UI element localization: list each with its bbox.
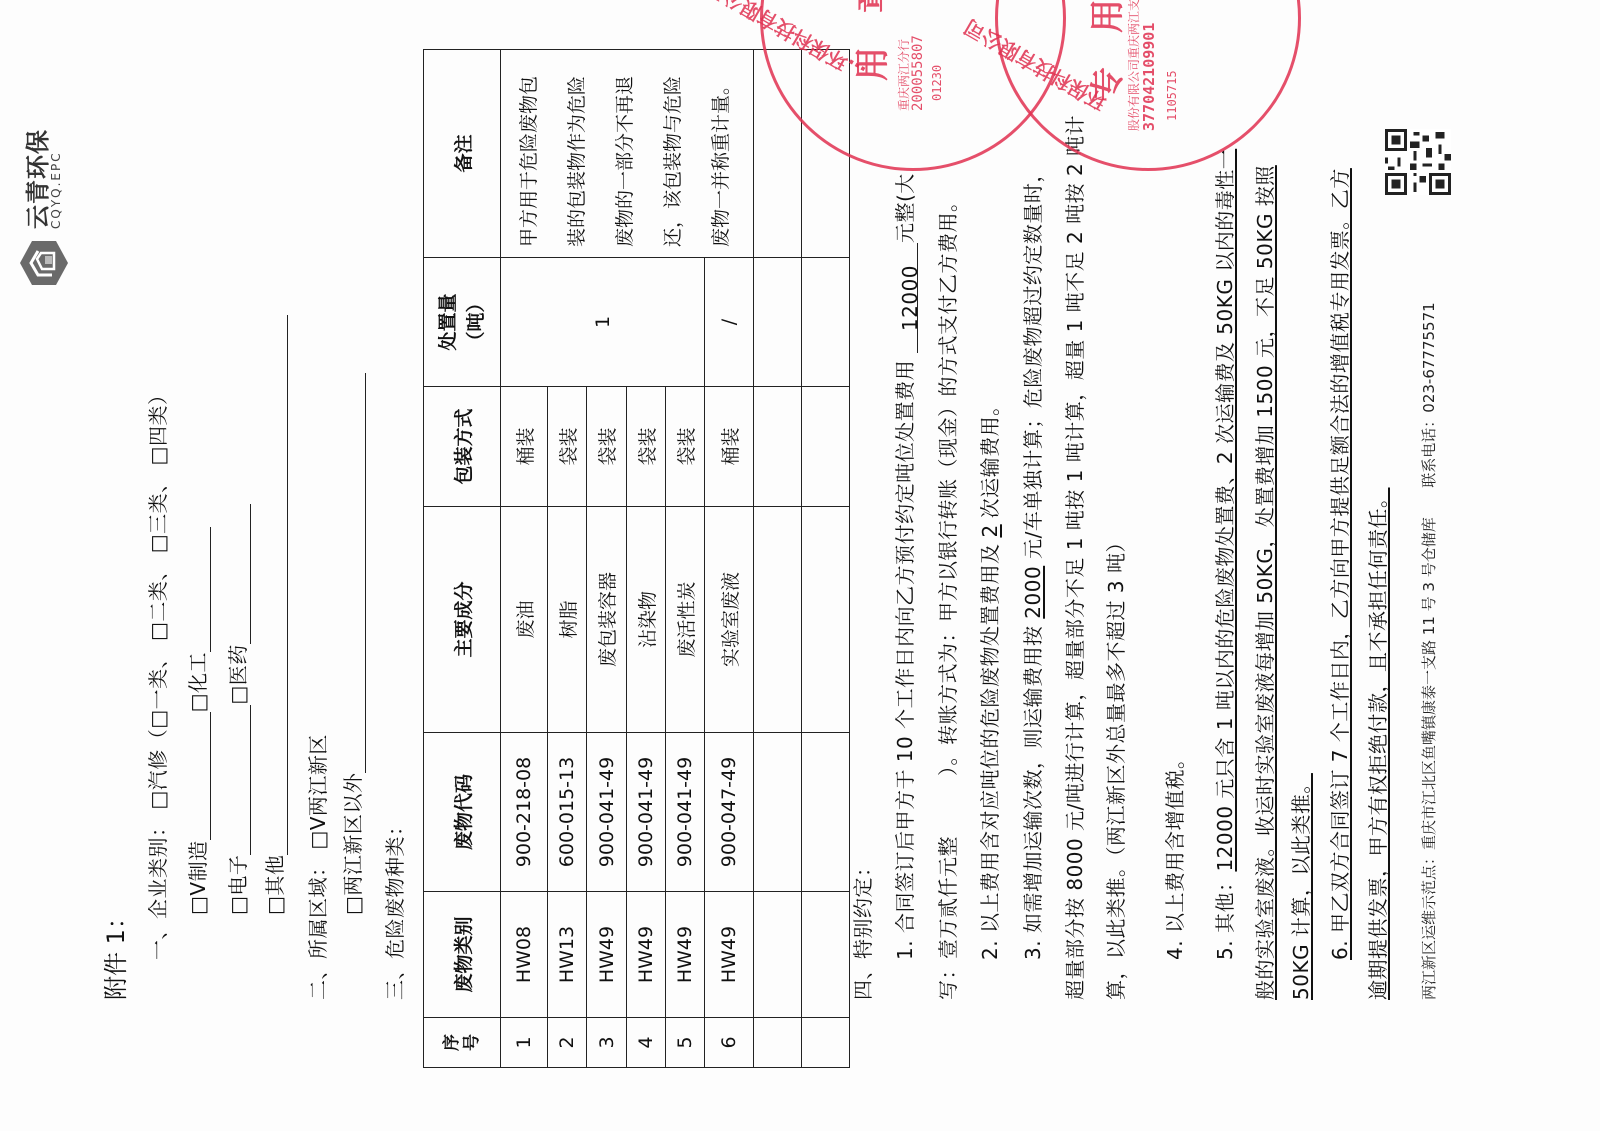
- section2-line-2: □两江新区以外: [340, 373, 366, 915]
- clause-1-text: 1. 合同签订后甲方于 10 个工作日内向乙方预付约定吨位处置费用: [893, 360, 917, 960]
- table-row-empty: [802, 50, 850, 1068]
- header-remark: 备注: [424, 50, 501, 258]
- blank-line[interactable]: [230, 504, 251, 644]
- industry-row-3: □其他: [262, 315, 288, 915]
- cell-empty: [754, 258, 802, 387]
- option-auto-repair[interactable]: □汽修（□一类、: [146, 648, 170, 810]
- header-quantity: 处置量（吨）: [424, 258, 501, 387]
- cell-empty: [754, 733, 802, 892]
- cell-empty: [754, 387, 802, 507]
- blank-line[interactable]: [190, 527, 211, 652]
- table-header-row: 序号 废物类别 废物代码 主要成分 包装方式 处置量（吨） 备注: [424, 50, 501, 1068]
- clause-5-label: 5. 其他：: [1213, 872, 1237, 960]
- qr-code-icon: [1385, 129, 1451, 195]
- cell-empty: [802, 507, 850, 733]
- table-row-empty: [754, 50, 802, 1068]
- blank-line[interactable]: [190, 712, 211, 840]
- cell-no: 2: [548, 1018, 587, 1068]
- clause-2-text-b: 次运输费用。: [978, 395, 1002, 518]
- section2-label: 二、所属区域：: [306, 857, 330, 1001]
- clause-6-line-1: 6. 甲乙双方合同签订 7 个工作日内，乙方向甲方提供足额合法的增值税专用发票。…: [1327, 168, 1353, 960]
- section1-line: 一、企业类别： □汽修（□一类、 □二类、 □三类、 □四类）: [145, 385, 171, 960]
- prepay-amount-value: 12000: [898, 265, 922, 331]
- cell-empty: [802, 258, 850, 387]
- clause-3-line-1: 3. 如需增加运输次数，则运输费用按 2000 元/车单独计算；危险废物超过约定…: [1020, 162, 1046, 960]
- option-other[interactable]: □其他: [263, 855, 287, 915]
- cell-code: 900-041-49: [627, 733, 666, 892]
- industry-row-1: □V制造□化工: [185, 527, 211, 915]
- header-category: 废物类别: [424, 892, 501, 1018]
- cell-packing: 袋装: [627, 387, 666, 507]
- clause-4: 4. 以上费用含增值税。: [1162, 749, 1188, 960]
- option-class-4[interactable]: □四类）: [146, 385, 170, 466]
- seal-center-text: 用 章: [845, 0, 894, 81]
- clause-1-line-1: 1. 合同签订后甲方于 10 个工作日内向乙方预付约定吨位处置费用 12000元…: [892, 173, 918, 960]
- section4-label: 四、特别约定：: [850, 857, 876, 1001]
- clause-2: 2. 以上费用含对应吨位的危险废物处置费用及2次运输费用。: [977, 395, 1003, 960]
- cell-no: 1: [501, 1018, 548, 1068]
- cell-empty: [802, 1018, 850, 1068]
- seal-code: 200055807: [910, 35, 926, 111]
- cell-empty: [802, 733, 850, 892]
- clause-5-line-2: 般的实验室废液。收运时实验室废液每增加 50KG，处置费增加 1500 元，不足…: [1252, 165, 1278, 1000]
- header-packing: 包装方式: [424, 387, 501, 507]
- seal2-code: 377042109901: [1140, 23, 1158, 131]
- option-electronics[interactable]: □电子: [226, 855, 250, 915]
- hexagon-logo-icon: [18, 237, 70, 289]
- section2-line: 二、所属区域： □V两江新区: [305, 734, 331, 1000]
- footer: 两江新区运维示范点：重庆市江北区鱼嘴镇康泰一支路 11 号 3 号仓储库 联系电…: [1418, 302, 1439, 1000]
- extra-transport-fee: 2000: [1021, 566, 1045, 619]
- amount-in-words: 壹万贰仟元整: [936, 836, 960, 959]
- cell-component: 沾染物: [627, 507, 666, 733]
- cell-code: 900-218-08: [501, 733, 548, 892]
- cell-no: 5: [666, 1018, 705, 1068]
- clause-2-text: 2. 以上费用含对应吨位的危险废物处置费用及: [978, 544, 1002, 960]
- cell-empty: [802, 387, 850, 507]
- cell-code: 900-041-49: [587, 733, 627, 892]
- cell-packing: 袋装: [666, 387, 705, 507]
- clause-3-line-3: 算，以此类推。（两江新区外总量最多不超过 3 吨）: [1103, 532, 1129, 1000]
- logo-english-text: CQYQ.EPC: [50, 129, 62, 229]
- transport-times: 2: [978, 518, 1002, 543]
- cell-component: 树脂: [548, 507, 587, 733]
- clause-5-line-3: 50KG 计算，以此类推。: [1288, 773, 1314, 1000]
- blank-line[interactable]: [230, 705, 251, 855]
- option-liangjiang[interactable]: □V两江新区: [306, 734, 330, 850]
- option-class-3[interactable]: □三类、: [146, 472, 170, 553]
- cell-no: 6: [705, 1018, 754, 1068]
- prepay-amount: 12000: [897, 243, 918, 353]
- seal2-serial: 1105715: [1165, 70, 1179, 121]
- option-outside-liangjiang[interactable]: □两江新区以外: [341, 773, 365, 915]
- cell-quantity-merged: 1: [501, 258, 705, 387]
- clause-6-line-2: 逾期提供发票，甲方有权拒绝付款，且不承担任何责任。: [1365, 488, 1391, 1001]
- cell-empty: [754, 892, 802, 1018]
- cell-no: 3: [587, 1018, 627, 1068]
- clause-3-line-2: 超量部分按 8000 元/吨进行计算，超量部分不足 1 吨按 1 吨计算，超量 …: [1062, 115, 1088, 1000]
- cell-code: 600-015-13: [548, 733, 587, 892]
- logo-chinese-text: 云青环保: [26, 129, 50, 229]
- section1-label: 一、企业类别：: [146, 817, 170, 961]
- document-page: 云青环保 CQYQ.EPC 附件 1： 一、企业类别： □汽修（□一类、 □二类…: [0, 0, 1600, 1131]
- clause-1-text-c1: 写：: [936, 959, 960, 1000]
- cell-category: HW49: [666, 892, 705, 1018]
- header-component: 主要成分: [424, 507, 501, 733]
- option-pharma[interactable]: □医药: [226, 644, 250, 704]
- footer-phone-label: 联系电话：: [1420, 413, 1438, 488]
- cell-packing: 袋装: [548, 387, 587, 507]
- cell-category: HW49: [627, 892, 666, 1018]
- cell-code: 900-041-49: [666, 733, 705, 892]
- blank-line[interactable]: [345, 373, 366, 773]
- footer-phone: 023-67775571: [1420, 302, 1438, 412]
- attachment-title: 附件 1：: [96, 905, 131, 1000]
- cell-component: 实验室废液: [705, 507, 754, 733]
- cell-category: HW08: [501, 892, 548, 1018]
- option-manufacturing[interactable]: □V制造: [186, 840, 210, 915]
- header-no: 序号: [424, 1018, 501, 1068]
- clause-5-line-1: 5. 其他：12000 元只含 1 吨以内的危险废物处置费、2 次运输费及 50…: [1212, 149, 1238, 960]
- clause-1-text-b: 元整(大: [893, 173, 917, 243]
- cell-empty: [754, 507, 802, 733]
- seal2-center-text: 专 用: [1080, 0, 1129, 101]
- hazardous-waste-table: 序号 废物类别 废物代码 主要成分 包装方式 处置量（吨） 备注 1 HW08 …: [423, 49, 850, 1068]
- option-chemical[interactable]: □化工: [186, 652, 210, 712]
- cell-packing: 袋装: [587, 387, 627, 507]
- cell-category: HW49: [587, 892, 627, 1018]
- cell-component: 废活性炭: [666, 507, 705, 733]
- footer-address: 两江新区运维示范点：重庆市江北区鱼嘴镇康泰一支路 11 号 3 号仓储库: [1420, 517, 1438, 1000]
- cell-component: 废包装容器: [587, 507, 627, 733]
- cell-no: 4: [627, 1018, 666, 1068]
- clause-1-line-2: 写：壹万贰仟元整）。转账方式为：甲方以银行转账（现金）的方式支付乙方费用。: [935, 192, 961, 1001]
- cell-component: 废油: [501, 507, 548, 733]
- section3-label: 三、危险废物种类：: [382, 816, 408, 1001]
- cell-empty: [802, 892, 850, 1018]
- clause-3-text: 3. 如需增加运输次数，则运输费用按: [1021, 626, 1045, 960]
- option-class-2[interactable]: □二类、: [146, 560, 170, 641]
- cell-category: HW49: [705, 892, 754, 1018]
- clause-5-text: 12000 元只含 1 吨以内的危险废物处置费、2 次运输费及 50KG 以内的…: [1213, 149, 1237, 872]
- cell-empty: [754, 1018, 802, 1068]
- clause-1-text-c3: ）。转账方式为：甲方以银行转账（现金）的方式支付乙方费用。: [936, 192, 960, 777]
- cell-packing: 桶装: [501, 387, 548, 507]
- cell-packing: 桶装: [705, 387, 754, 507]
- industry-row-2: □电子□医药: [225, 504, 251, 915]
- blank-line[interactable]: [267, 315, 288, 855]
- cell-quantity: /: [705, 258, 754, 387]
- cell-remark: 甲方用于危险废物包装的包装物作为危险废物的一部分不再退还，该包装物与危险废物一并…: [501, 50, 754, 258]
- cell-code: 900-047-49: [705, 733, 754, 892]
- company-logo: 云青环保 CQYQ.EPC: [14, 109, 74, 289]
- header-code: 废物代码: [424, 733, 501, 892]
- cell-category: HW13: [548, 892, 587, 1018]
- seal-serial: 01230: [930, 65, 944, 101]
- table-row: 1 HW08 900-218-08 废油 桶装 1 甲方用于危险废物包装的包装物…: [501, 50, 548, 1068]
- clause-3-text-b: 元/车单独计算；危险废物超过约定数量时，: [1021, 162, 1045, 559]
